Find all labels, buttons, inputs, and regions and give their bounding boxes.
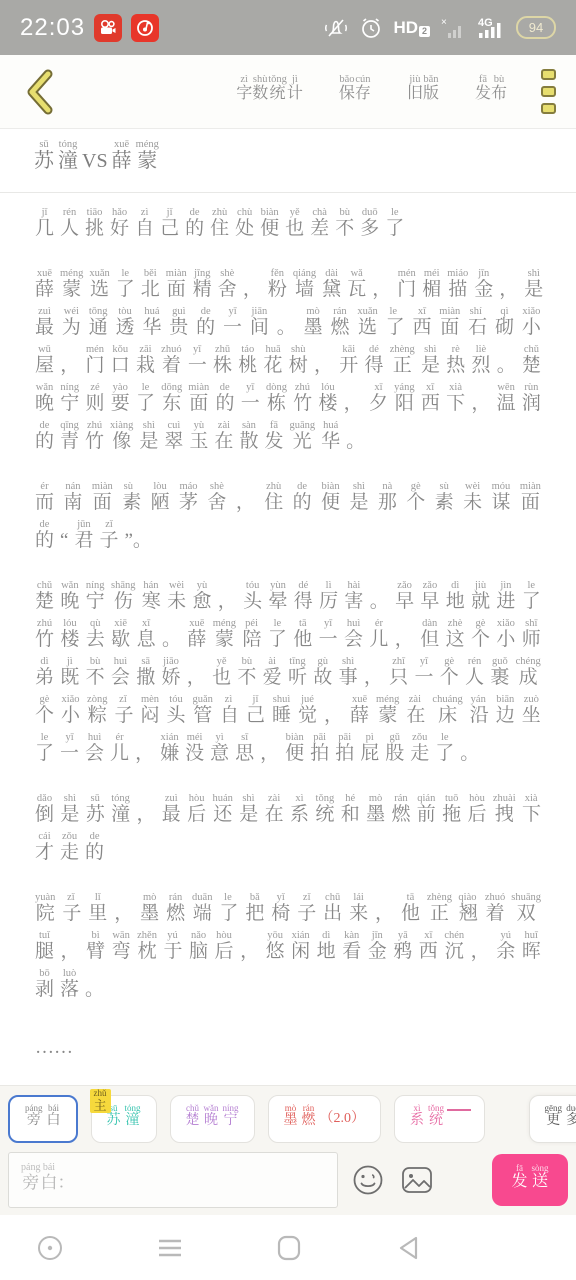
kebab-square-icon [541,86,556,97]
smiley-icon [350,1162,386,1198]
music-app-notification-icon [131,14,159,42]
old-version-button[interactable]: 旧jiù版bǎn [407,74,439,109]
battery-indicator: 94 [516,16,556,39]
kebab-square-icon [541,103,556,114]
story-paragraph: 倒dǎo是shì苏sū潼tóng，最zuì后hòu还huán是shì在zài系x… [32,793,544,872]
story-paragraph: 而ér南nán面miàn素sù陋lòu茅máo舍shè，住zhù的de便biàn… [32,481,544,560]
status-bar-right: HD 2 × 4G 94 [323,15,556,41]
hamburger-icon [155,1233,185,1263]
role-xitong-cursor-line [447,1109,471,1111]
story-paragraph: …… [32,1029,544,1067]
insert-image-button[interactable] [398,1161,436,1199]
story-paragraph: 薛xuē蒙méng选xuǎn了le北běi面miàn精jīng舍shè，粉fěn… [32,268,544,461]
role-xitong-button[interactable]: 系xì统tǒng [394,1095,485,1143]
back-button[interactable] [16,66,62,118]
app-screen: { "colors": { "accent_yellow": "#e7de6f"… [0,0,576,1280]
save-button[interactable]: 保bǎo存cún [339,74,371,109]
role-sutong-button[interactable]: 主zhǔ 苏sū潼tóng [91,1095,157,1143]
kebab-square-icon [541,69,556,80]
story-paragraph: 几jǐ人rén挑tiāo好hǎo自zì己jǐ的de住zhù处chù便biàn也y… [32,207,544,248]
square-icon [274,1233,304,1263]
alarm-clock-icon [359,16,383,40]
publish-button[interactable]: 发fā布bù [475,74,507,109]
chapter-title: 苏sū潼tóngVS薛xuē蒙méng [32,139,544,183]
emoji-button[interactable] [349,1161,387,1199]
role-chuwanning-button[interactable]: 楚chǔ晚wǎn宁níng [170,1095,255,1143]
title-divider [0,192,576,193]
composer-panel: 旁páng白bái 主zhǔ 苏sū潼tóng 楚chǔ晚wǎn宁níng 墨m… [0,1085,576,1215]
back-nav-button[interactable] [387,1226,431,1270]
toolbar-actions: 字zì数shù统tǒng计jì 保bǎo存cún 旧jiù版bǎn 发fā布bù [236,74,507,109]
image-icon [399,1162,435,1198]
send-button[interactable]: 发fā送sòng [492,1154,568,1206]
overflow-menu-button[interactable] [537,65,560,118]
word-count-button[interactable]: 字zì数shù统tǒng计jì [236,74,303,109]
vibrate-icon [323,16,349,40]
role-selector-row: 旁páng白bái 主zhǔ 苏sū潼tóng 楚chǔ晚wǎn宁níng 墨m… [0,1086,576,1143]
back-chevron-icon [22,68,56,116]
input-placeholder: 旁páng白bái： [21,1162,74,1198]
circle-dot-icon [35,1233,65,1263]
camera-icon [98,18,118,38]
story-paragraph: 楚chǔ晚wǎn宁níng伤shāng寒hán未wèi愈yù，头tóu晕yùn得… [32,580,544,773]
svg-text:×: × [441,17,447,28]
system-navigation-bar [0,1215,576,1280]
role-narrator-button[interactable]: 旁páng白bái [8,1095,78,1143]
signal-sim2-4g-icon: 4G [476,15,506,41]
role-xitong-label: 系xì统tǒng [408,1104,446,1134]
toolbar: 字zì数shù统tǒng计jì 保bǎo存cún 旧jiù版bǎn 发fā布bù [0,55,576,129]
hd-voice-icon: HD 2 [393,18,430,38]
role-moran-button[interactable]: 墨mò燃rán（2.0） [268,1095,382,1143]
triangle-left-icon [394,1233,424,1263]
story-content: 苏sū潼tóngVS薛xuē蒙méng 几jǐ人rén挑tiāo好hǎo自zì己… [0,129,576,1085]
message-composer: 旁páng白bái： 发fā送sòng [0,1143,576,1208]
signal-sim1-no-service-icon: × [440,15,466,41]
status-bar: 22:03 HD 2 [0,0,576,55]
video-app-notification-icon [94,14,122,42]
svg-text:4G: 4G [478,17,493,29]
more-roles-button[interactable]: 更gēng多duō [529,1095,576,1143]
story-paragraph: 院yuàn子zǐ里lǐ，墨mò燃rán端duān了le把bǎ椅yǐ子zǐ出chū… [32,892,544,1009]
main-role-badge: 主zhǔ [90,1089,111,1113]
clock: 22:03 [20,14,85,42]
quick-ball-button[interactable] [28,1226,72,1270]
recents-button[interactable] [148,1226,192,1270]
dialogue-input[interactable]: 旁páng白bái： [8,1152,338,1208]
music-note-icon [135,18,155,38]
home-button[interactable] [267,1226,311,1270]
